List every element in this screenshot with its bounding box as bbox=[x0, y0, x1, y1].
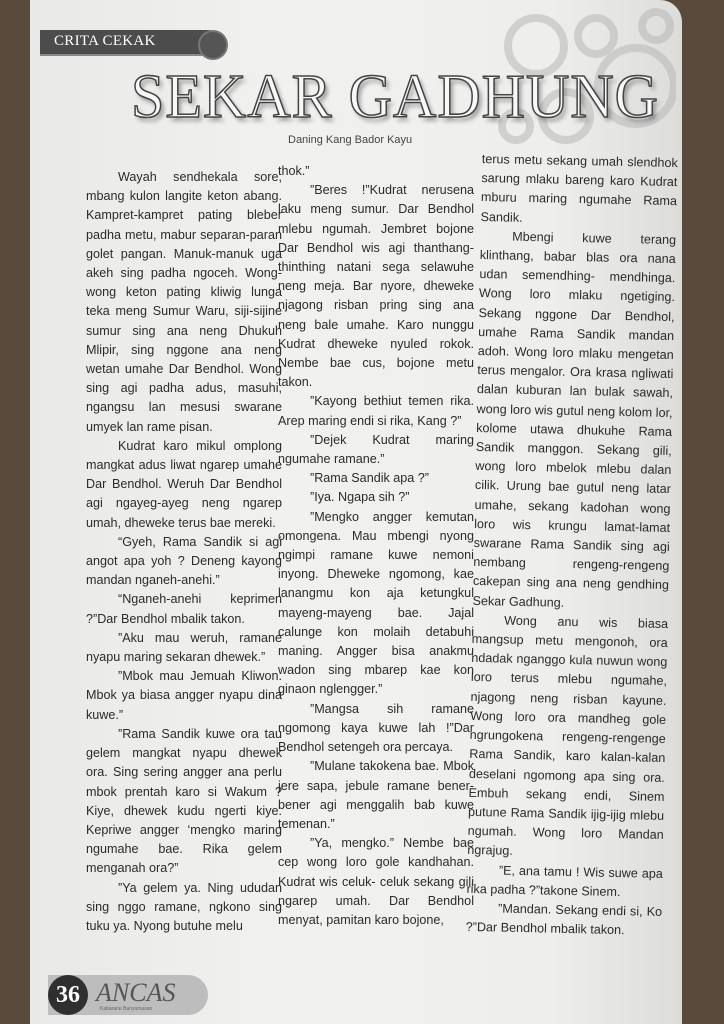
paragraph: Wayah sendhekala sore, mbang kulon langi… bbox=[86, 168, 282, 437]
paragraph: “Gyeh, Rama Sandik si agi angot apa yoh … bbox=[86, 533, 282, 591]
section-label-text: CRITA CEKAK bbox=[54, 33, 156, 50]
paragraph: ”Mengko angger kemutan omongena. Mau mbe… bbox=[278, 508, 474, 700]
paragraph: ”E, ana tamu ! Wis suwe apa rika padha ?… bbox=[466, 860, 663, 903]
paragraph: ”Ya, mengko.” Nembe bae cep wong loro go… bbox=[278, 834, 474, 930]
paragraph: ”Mulane takokena bae. Mbok jere sapa, je… bbox=[278, 757, 474, 834]
paragraph: Kudrat karo mikul omplong mangkat adus l… bbox=[86, 437, 282, 533]
paragraph: ”Iya. Ngapa sih ?” bbox=[278, 488, 474, 507]
text-column-3: terus metu sekang umah slendhok sarung m… bbox=[466, 150, 678, 941]
paragraph: thok.” bbox=[278, 162, 474, 181]
paragraph: ”Mbok mau Jemuah Kliwon. Mbok ya biasa a… bbox=[86, 667, 282, 725]
paragraph: “Nganeh-anehi keprimen ?”Dar Bendhol mba… bbox=[86, 590, 282, 628]
page-number: 36 bbox=[48, 975, 88, 1015]
magazine-tagline: Kabarane Banyumasan bbox=[100, 1006, 152, 1012]
paragraph: ”Beres !”Kudrat nerusena laku meng sumur… bbox=[278, 181, 474, 392]
paragraph: Mbengi kuwe terang klinthang, babar blas… bbox=[472, 227, 676, 615]
paragraph: ”Rama Sandik apa ?” bbox=[278, 469, 474, 488]
paragraph: ”Mangsa sih ramane ngomong kaya kuwe lah… bbox=[278, 700, 474, 758]
story-title: SEKAR GADHUNG bbox=[125, 60, 665, 132]
magazine-name: ANCAS bbox=[96, 978, 175, 1008]
paragraph: Wong anu wis biasa mangsup metu mengonoh… bbox=[467, 611, 668, 865]
magazine-page: CRITA CEKAK SEKAR GADHUNG Daning Kang Ba… bbox=[30, 0, 682, 1024]
paragraph: ”Kayong bethiut temen rika. Arep maring … bbox=[278, 392, 474, 430]
section-label: CRITA CEKAK bbox=[40, 30, 210, 56]
paragraph: ”Dejek Kudrat maring ngumahe ramane.” bbox=[278, 431, 474, 469]
paragraph: ”Ya gelem ya. Ning ududan sing nggo rama… bbox=[86, 879, 282, 937]
paragraph: ”Mandan. Sekang endi si, Ko ?”Dar Bendho… bbox=[466, 899, 663, 942]
paragraph: ”Rama Sandik kuwe ora tau gelem mangkat … bbox=[86, 725, 282, 879]
paragraph: ”Aku mau weruh, ramane nyapu maring seka… bbox=[86, 629, 282, 667]
text-column-2: thok.” ”Beres !”Kudrat nerusena laku men… bbox=[278, 162, 474, 930]
text-column-1: Wayah sendhekala sore, mbang kulon langi… bbox=[86, 168, 282, 936]
section-tab-roll-icon bbox=[198, 30, 228, 60]
author-byline: Daning Kang Bador Kayu bbox=[288, 134, 412, 146]
paragraph: terus metu sekang umah slendhok sarung m… bbox=[480, 150, 678, 231]
